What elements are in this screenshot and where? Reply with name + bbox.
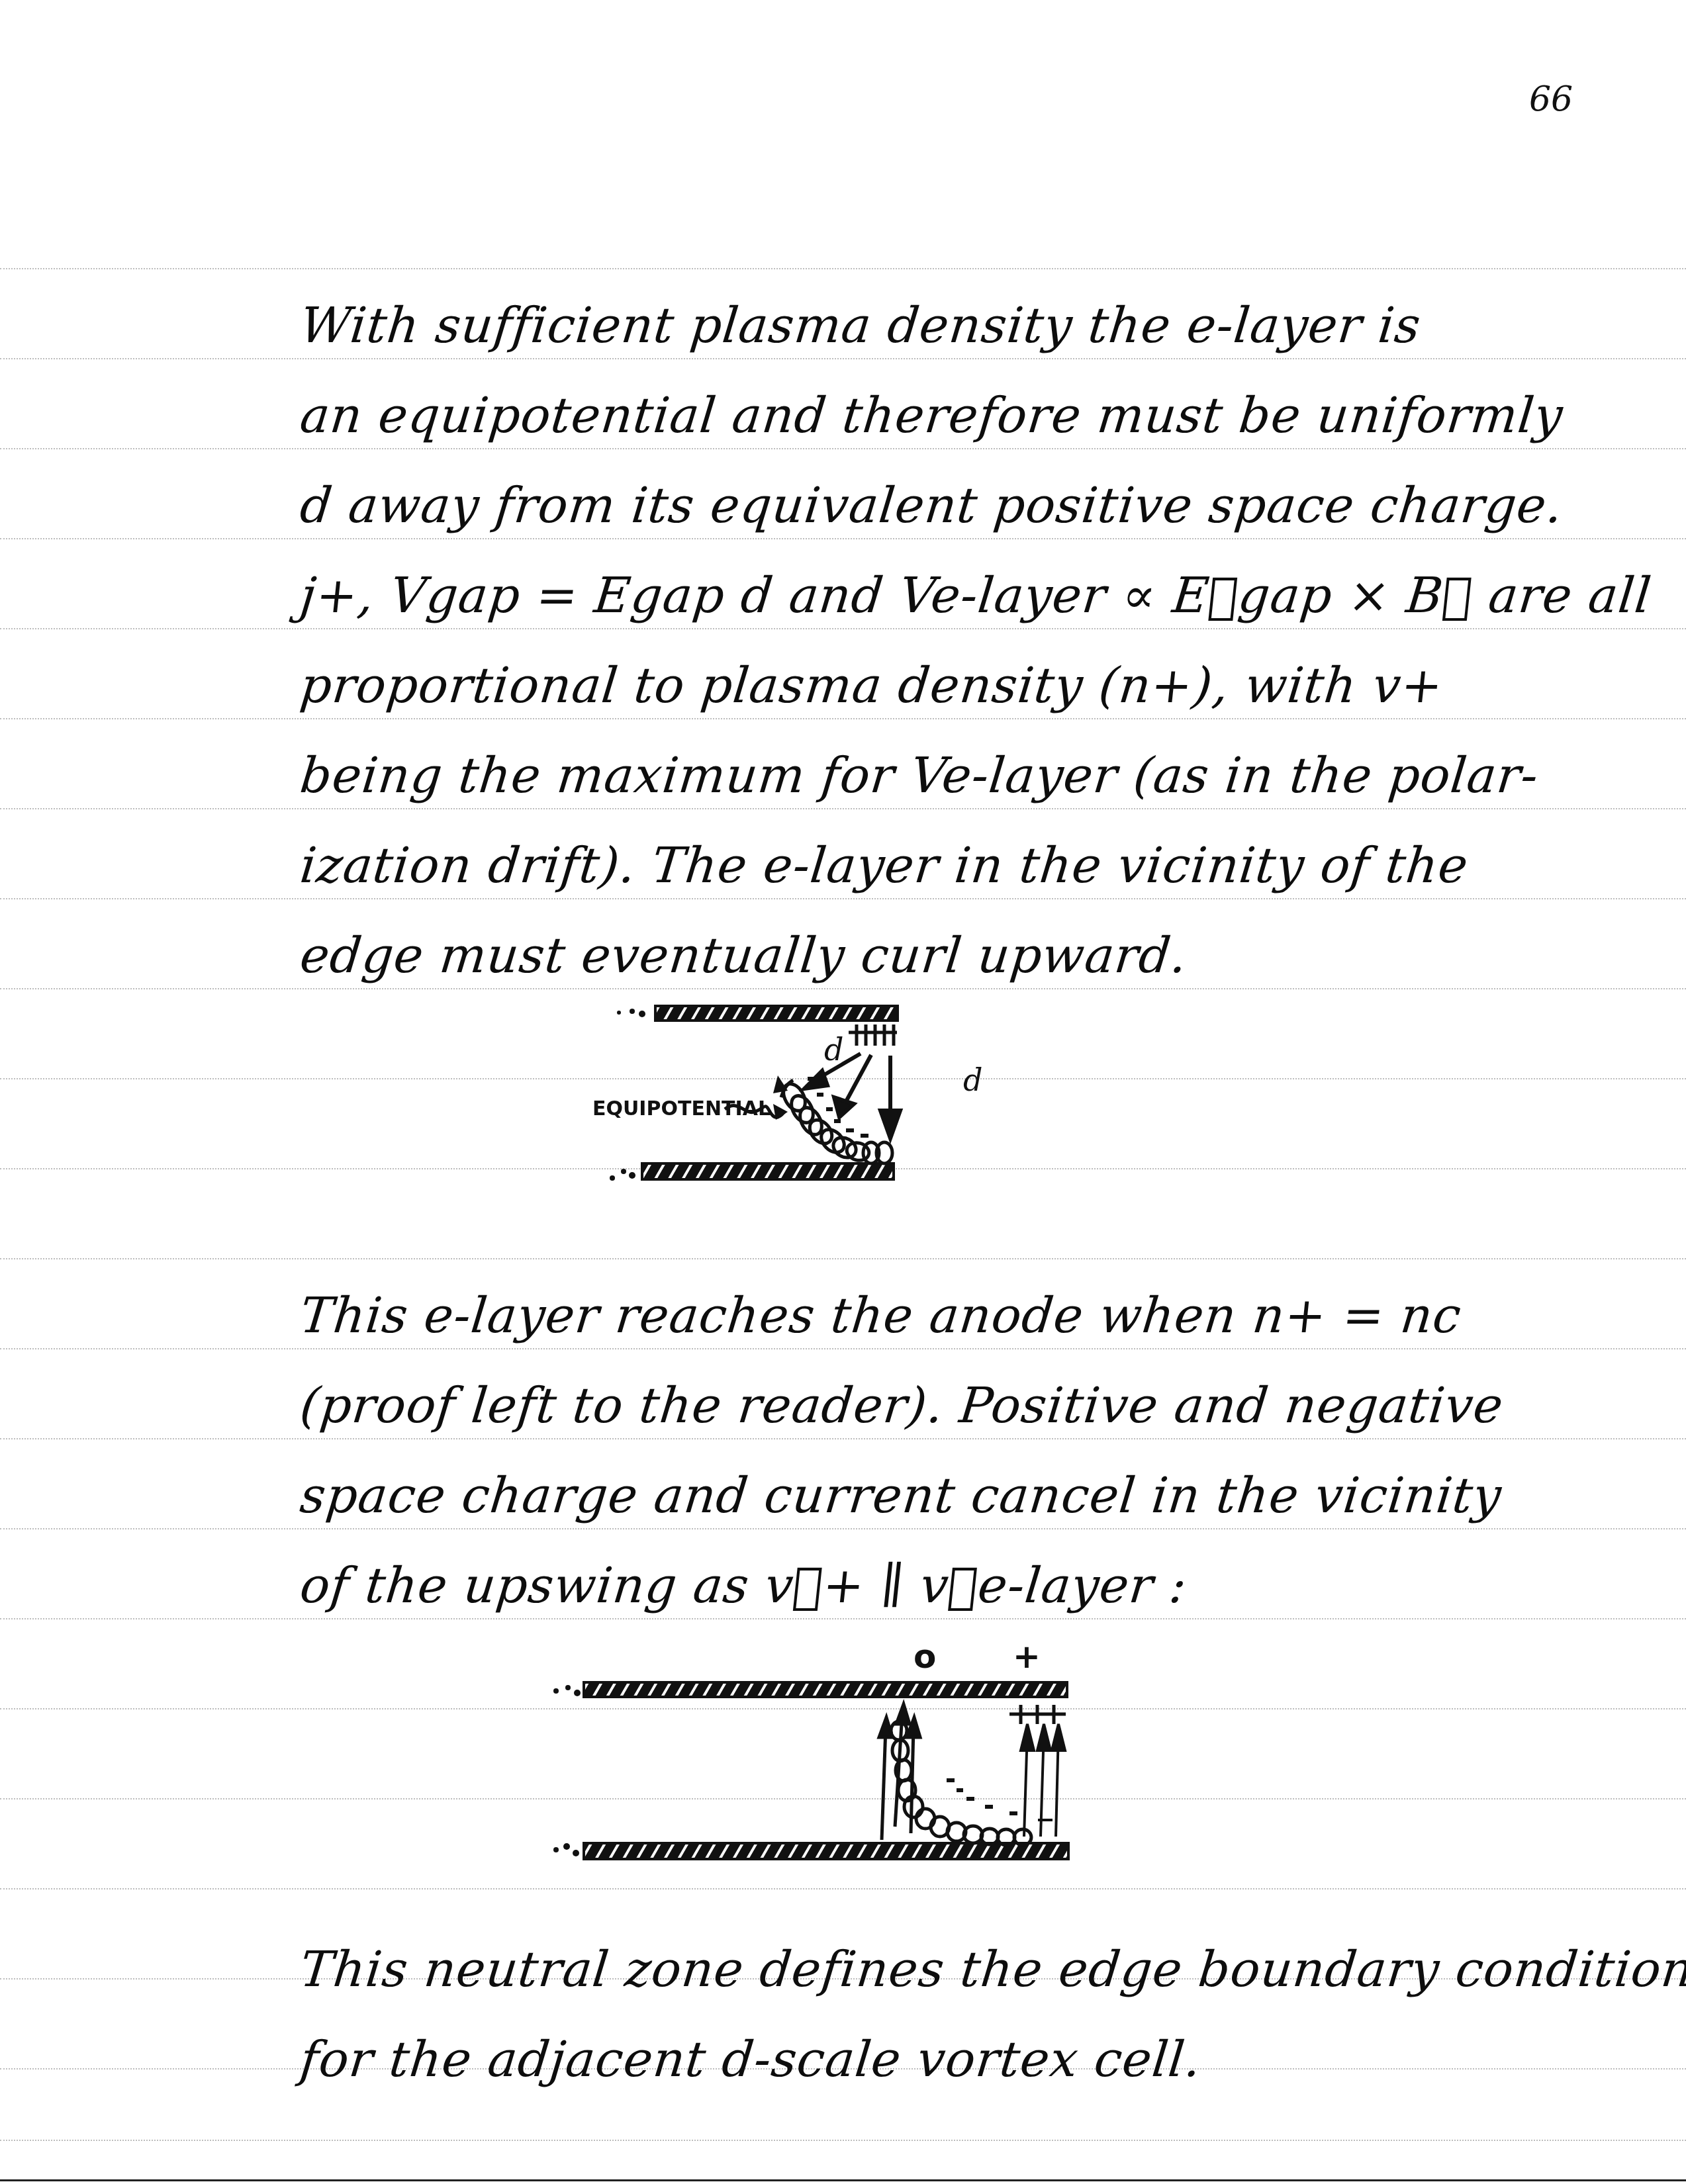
ruled-line (0, 2140, 1686, 2141)
ruled-line (0, 1348, 1686, 1349)
ruled-line (0, 898, 1686, 899)
positive-upward-arrows (1021, 1724, 1065, 1837)
equipotential-diagram: d d (563, 979, 1092, 1205)
paragraph-2-line-1: This e-layer reaches the anode when n+ =… (298, 1291, 1464, 1340)
d-label-vertical: d (963, 1062, 982, 1098)
ruled-line (0, 718, 1686, 719)
paragraph-3-line-2: for the adjacent d-scale vortex cell. (298, 2035, 1204, 2084)
paragraph-2-line-3: space charge and current cancel in the v… (298, 1471, 1504, 1520)
page-bottom-edge (0, 2179, 1686, 2181)
positive-charges (1009, 1705, 1066, 1724)
ruled-line (0, 808, 1686, 809)
ruled-line (0, 538, 1686, 539)
upward-arrows (879, 1704, 920, 1840)
ruled-line (0, 448, 1686, 449)
positive-label: + (1013, 1637, 1041, 1676)
paragraph-1-line-3: d away from its equivalent positive spac… (298, 481, 1566, 530)
paragraph-1-line-6: being the maximum for Ve-layer (as in th… (298, 751, 1541, 800)
paragraph-1-line-8: edge must eventually curl upward. (298, 931, 1190, 980)
top-electrode (553, 1682, 1067, 1697)
ruled-line (0, 1528, 1686, 1529)
neutral-zone-diagram: o + (543, 1615, 1086, 1893)
paragraph-1-line-4: j+, Vgap = Egap d and Ve-layer ∝ E⃗gap ×… (298, 571, 1654, 620)
ruled-line (0, 1258, 1686, 1259)
paragraph-1-line-7: ization drift). The e-layer in the vicin… (298, 841, 1471, 890)
positive-charges (849, 1024, 897, 1046)
ruled-line (0, 268, 1686, 269)
ruled-line (0, 628, 1686, 629)
neutral-label: o (913, 1637, 936, 1676)
ruled-line (0, 358, 1686, 359)
top-electrode (617, 1006, 898, 1021)
paragraph-1-line-5: proportional to plasma density (n+), wit… (298, 661, 1446, 710)
notebook-page: 66 With sufficient plasma density the e-… (0, 0, 1686, 2184)
d-label-diagonal: d (824, 1032, 843, 1068)
ruled-line (0, 1438, 1686, 1439)
negative-charges (947, 1780, 1017, 1813)
paragraph-2-line-4: of the upswing as v⃗+ ∥ v⃗e-layer : (298, 1561, 1190, 1610)
page-number: 66 (1529, 79, 1573, 119)
paragraph-1-line-1: With sufficient plasma density the e-lay… (298, 301, 1423, 350)
bottom-electrode (610, 1163, 894, 1181)
paragraph-3-line-1: This neutral zone defines the edge bound… (298, 1945, 1686, 1994)
paragraph-1-line-2: an equipotential and therefore must be u… (298, 391, 1566, 440)
paragraph-2-line-2: (proof left to the reader). Positive and… (298, 1381, 1506, 1430)
